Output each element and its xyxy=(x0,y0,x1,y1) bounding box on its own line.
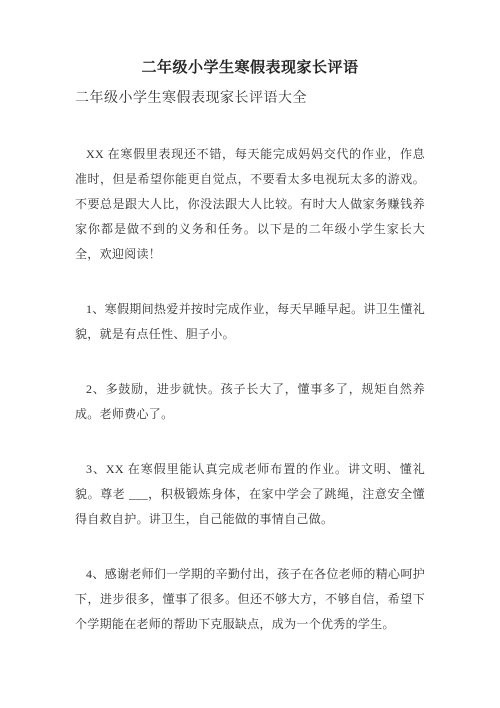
paragraph-item-4: 4、感谢老师们一学期的辛勤付出，孩子在各位老师的精心呵护下，进步很多，懂事了很多… xyxy=(75,562,425,637)
document-body: XX 在寒假里表现还不错，每天能完成妈妈交代的作业，作息准时，但是希望你能更自觉… xyxy=(75,142,425,637)
paragraph-item-3: 3、XX 在寒假里能认真完成老师布置的作业。讲文明、懂礼貌。尊老 ___，积极锻… xyxy=(75,457,425,532)
document-subtitle: 二年级小学生寒假表现家长评语大全 xyxy=(75,90,425,108)
document-page: 二年级小学生寒假表现家长评语 二年级小学生寒假表现家长评语大全 XX 在寒假里表… xyxy=(0,0,500,708)
document-title: 二年级小学生寒假表现家长评语 xyxy=(0,58,500,78)
paragraph-intro: XX 在寒假里表现还不错，每天能完成妈妈交代的作业，作息准时，但是希望你能更自觉… xyxy=(75,142,425,267)
paragraph-item-2: 2、多鼓励，进步就快。孩子长大了，懂事多了，规矩自然养成。老师费心了。 xyxy=(75,377,425,427)
paragraph-item-1: 1、寒假期间热爱并按时完成作业，每天早睡早起。讲卫生懂礼貌，就是有点任性、胆子小… xyxy=(75,297,425,347)
